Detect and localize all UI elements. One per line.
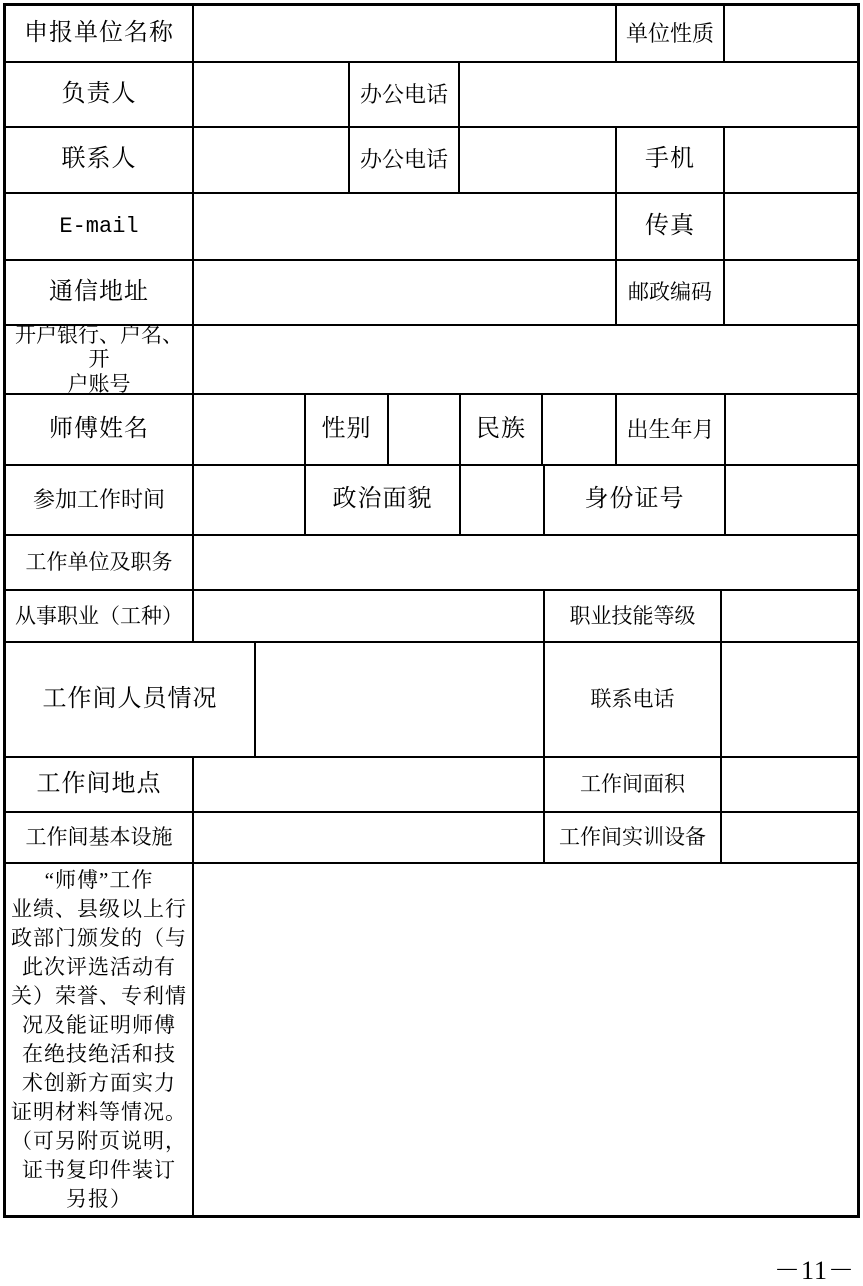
field-bank-account bbox=[194, 326, 857, 393]
field-office-phone-1 bbox=[460, 63, 857, 126]
label-master-achievements: “师傅”工作 业绩、县级以上行 政部门颁发的（与 此次评选活动有 关）荣誉、专利… bbox=[6, 864, 194, 1215]
field-gender bbox=[389, 395, 461, 464]
label-birth-date: 出生年月 bbox=[617, 395, 726, 464]
row-workshop-facilities: 工作间基本设施 工作间实训设备 bbox=[6, 813, 857, 864]
label-work-start-time: 参加工作时间 bbox=[6, 466, 194, 534]
row-contact-person: 联系人 办公电话 手机 bbox=[6, 128, 857, 194]
label-work-unit-position: 工作单位及职务 bbox=[6, 536, 194, 589]
field-workshop-area bbox=[722, 758, 857, 811]
row-occupation: 从事职业（工种） 职业技能等级 bbox=[6, 591, 857, 643]
label-gender: 性别 bbox=[306, 395, 389, 464]
field-workshop-facilities bbox=[194, 813, 545, 862]
label-occupation: 从事职业（工种） bbox=[6, 591, 194, 641]
row-mailing-address: 通信地址 邮政编码 bbox=[6, 261, 857, 326]
field-birth-date bbox=[726, 395, 857, 464]
label-workshop-facilities: 工作间基本设施 bbox=[6, 813, 194, 862]
label-fax: 传真 bbox=[617, 194, 725, 259]
field-mailing-address bbox=[194, 261, 617, 324]
label-unit-nature: 单位性质 bbox=[617, 6, 725, 61]
field-contact-phone bbox=[722, 643, 857, 756]
field-master-achievements bbox=[194, 864, 857, 1215]
row-unit-name: 申报单位名称 单位性质 bbox=[6, 6, 857, 63]
field-workshop-training-equipment bbox=[722, 813, 857, 862]
label-political-status: 政治面貌 bbox=[306, 466, 461, 534]
field-fax bbox=[725, 194, 857, 259]
row-email: E-mail 传真 bbox=[6, 194, 857, 261]
label-id-number: 身份证号 bbox=[545, 466, 726, 534]
label-workshop-location: 工作间地点 bbox=[6, 758, 194, 811]
field-workshop-location bbox=[194, 758, 545, 811]
label-declaring-unit-name: 申报单位名称 bbox=[6, 6, 194, 61]
field-unit-nature bbox=[725, 6, 857, 61]
label-contact-person: 联系人 bbox=[6, 128, 194, 192]
field-work-start-time bbox=[194, 466, 306, 534]
row-work-unit-position: 工作单位及职务 bbox=[6, 536, 857, 591]
label-postal-code: 邮政编码 bbox=[617, 261, 725, 324]
row-person-in-charge: 负责人 办公电话 bbox=[6, 63, 857, 128]
field-contact-person bbox=[194, 128, 350, 192]
label-master-name: 师傅姓名 bbox=[6, 395, 194, 464]
row-workshop-personnel: 工作间人员情况 联系电话 bbox=[6, 643, 857, 758]
row-master-name: 师傅姓名 性别 民族 出生年月 bbox=[6, 395, 857, 466]
label-bank-account: 开户银行、户名、开 户账号 bbox=[6, 326, 194, 393]
label-mailing-address: 通信地址 bbox=[6, 261, 194, 324]
label-office-phone-2: 办公电话 bbox=[350, 128, 460, 192]
row-workshop-location: 工作间地点 工作间面积 bbox=[6, 758, 857, 813]
field-person-in-charge bbox=[194, 63, 350, 126]
field-political-status bbox=[461, 466, 545, 534]
label-mobile-phone: 手机 bbox=[617, 128, 725, 192]
field-id-number bbox=[726, 466, 857, 534]
label-contact-phone: 联系电话 bbox=[545, 643, 722, 756]
label-skill-level: 职业技能等级 bbox=[545, 591, 722, 641]
row-work-start-time: 参加工作时间 政治面貌 身份证号 bbox=[6, 466, 857, 536]
application-form-table: 申报单位名称 单位性质 负责人 办公电话 联系人 办公电话 手机 E-mail … bbox=[3, 3, 860, 1218]
field-declaring-unit-name bbox=[194, 6, 617, 61]
field-occupation bbox=[194, 591, 545, 641]
label-workshop-personnel: 工作间人员情况 bbox=[6, 643, 256, 756]
label-office-phone-1: 办公电话 bbox=[350, 63, 460, 126]
field-ethnicity bbox=[543, 395, 617, 464]
label-ethnicity: 民族 bbox=[461, 395, 543, 464]
label-workshop-area: 工作间面积 bbox=[545, 758, 722, 811]
field-postal-code bbox=[725, 261, 857, 324]
field-master-name bbox=[194, 395, 306, 464]
document-page: 申报单位名称 单位性质 负责人 办公电话 联系人 办公电话 手机 E-mail … bbox=[0, 0, 863, 1286]
field-skill-level bbox=[722, 591, 857, 641]
field-office-phone-2 bbox=[460, 128, 617, 192]
field-mobile-phone bbox=[725, 128, 857, 192]
label-workshop-training-equipment: 工作间实训设备 bbox=[545, 813, 722, 862]
label-email: E-mail bbox=[6, 194, 194, 259]
label-person-in-charge: 负责人 bbox=[6, 63, 194, 126]
row-master-achievements: “师傅”工作 业绩、县级以上行 政部门颁发的（与 此次评选活动有 关）荣誉、专利… bbox=[6, 864, 857, 1215]
field-workshop-personnel bbox=[256, 643, 545, 756]
row-bank-account: 开户银行、户名、开 户账号 bbox=[6, 326, 857, 395]
field-work-unit-position bbox=[194, 536, 857, 589]
page-number: －11－ bbox=[774, 1250, 855, 1286]
field-email bbox=[194, 194, 617, 259]
